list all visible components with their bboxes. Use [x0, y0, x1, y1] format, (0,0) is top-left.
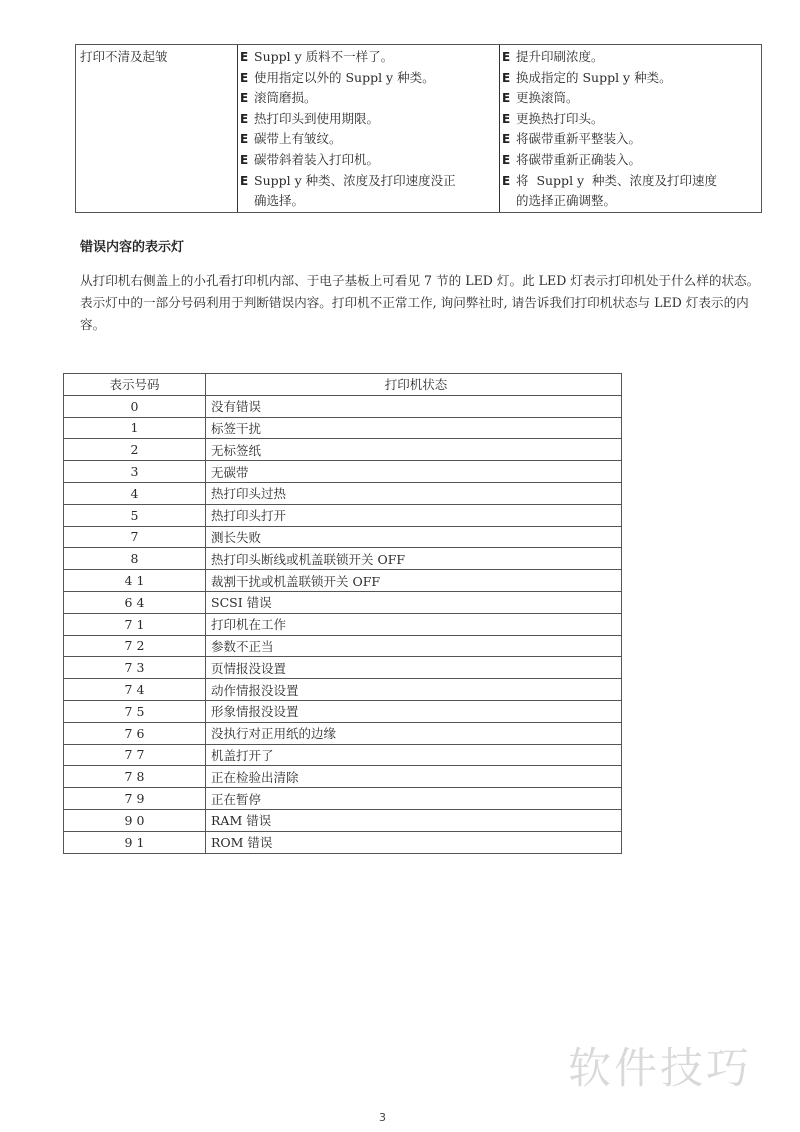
code-cell: 7 6 — [64, 722, 206, 744]
code-cell: 5 — [64, 504, 206, 526]
table-row: 7 8正在检验出清除 — [64, 766, 622, 788]
bullet-icon: E — [502, 129, 516, 150]
watermark: 软件技巧 — [568, 1035, 752, 1096]
causes-cell: ESuppl y 质料不一样了。 E使用指定以外的 Suppl y 种类。 E滚… — [238, 45, 500, 212]
cause-item: E碳带斜着装入打印机。 — [240, 150, 495, 171]
table-row: 5热打印头打开 — [64, 504, 622, 526]
code-cell: 4 1 — [64, 570, 206, 592]
code-cell: 7 8 — [64, 766, 206, 788]
status-cell: 机盖打开了 — [206, 744, 622, 766]
page-number: 3 — [379, 1111, 386, 1124]
status-cell: 没有错误 — [206, 395, 622, 417]
table-row: 7 6没执行对正用纸的边缘 — [64, 722, 622, 744]
table-body: 0没有错误1标签干扰2无标签纸3无碳带4热打印头过热5热打印头打开7测长失败8热… — [64, 395, 622, 853]
status-cell: 打印机在工作 — [206, 613, 622, 635]
symptom-cell: 打印不清及起皱 — [76, 45, 238, 212]
code-cell: 9 1 — [64, 831, 206, 853]
bullet-icon: E — [240, 47, 254, 68]
bullet-icon: E — [240, 109, 254, 130]
table-row: 7 7机盖打开了 — [64, 744, 622, 766]
bullet-icon: E — [502, 150, 516, 171]
remedy-item: E更换滚筒。 — [502, 88, 757, 109]
code-cell: 7 4 — [64, 679, 206, 701]
remedy-item: E将 Suppl y 种类、浓度及打印速度 — [502, 171, 757, 192]
table-row: 6 4SCSI 错误 — [64, 591, 622, 613]
status-cell: 热打印头断线或机盖联锁开关 OFF — [206, 548, 622, 570]
cause-item: E碳带上有皱纹。 — [240, 129, 495, 150]
table-row: 4热打印头过热 — [64, 482, 622, 504]
remedy-item: E将碳带重新平整装入。 — [502, 129, 757, 150]
section-paragraph: 从打印机右侧盖上的小孔看打印机内部、于电子基板上可看见 7 节的 LED 灯。此… — [80, 270, 770, 336]
header-status: 打印机状态 — [206, 374, 622, 396]
remedy-item: E更换热打印头。 — [502, 109, 757, 130]
cause-item-continuation: 确选择。 — [240, 191, 495, 212]
status-cell: 热打印头打开 — [206, 504, 622, 526]
bullet-icon: E — [502, 171, 516, 192]
status-cell: 热打印头过热 — [206, 482, 622, 504]
table-row: 9 1ROM 错误 — [64, 831, 622, 853]
table-row: 1标签干扰 — [64, 417, 622, 439]
code-cell: 7 7 — [64, 744, 206, 766]
code-cell: 1 — [64, 417, 206, 439]
status-cell: SCSI 错误 — [206, 591, 622, 613]
code-cell: 8 — [64, 548, 206, 570]
code-cell: 6 4 — [64, 591, 206, 613]
code-cell: 7 5 — [64, 700, 206, 722]
status-cell: 测长失败 — [206, 526, 622, 548]
table-row: 7 1打印机在工作 — [64, 613, 622, 635]
bullet-icon: E — [502, 68, 516, 89]
remedies-cell: E提升印刷浓度。 E换成指定的 Suppl y 种类。 E更换滚筒。 E更换热打… — [500, 45, 761, 212]
table-row: 4 1裁割干扰或机盖联锁开关 OFF — [64, 570, 622, 592]
table-row: 7 4动作情报没设置 — [64, 679, 622, 701]
cause-item: E热打印头到使用期限。 — [240, 109, 495, 130]
table-row: 7 3页情报没设置 — [64, 657, 622, 679]
bullet-icon: E — [240, 150, 254, 171]
table-row: 0没有错误 — [64, 395, 622, 417]
status-cell: 形象情报没设置 — [206, 700, 622, 722]
code-cell: 2 — [64, 439, 206, 461]
bullet-icon: E — [502, 109, 516, 130]
status-cell: 正在暂停 — [206, 788, 622, 810]
table-row: 8热打印头断线或机盖联锁开关 OFF — [64, 548, 622, 570]
code-cell: 4 — [64, 482, 206, 504]
table-header-row: 表示号码 打印机状态 — [64, 374, 622, 396]
code-cell: 7 2 — [64, 635, 206, 657]
code-cell: 0 — [64, 395, 206, 417]
table-row: 7测长失败 — [64, 526, 622, 548]
remedy-item: E换成指定的 Suppl y 种类。 — [502, 68, 757, 89]
bullet-icon: E — [240, 88, 254, 109]
status-cell: 裁割干扰或机盖联锁开关 OFF — [206, 570, 622, 592]
status-cell: 标签干扰 — [206, 417, 622, 439]
bullet-icon: E — [502, 88, 516, 109]
bullet-icon: E — [240, 129, 254, 150]
status-cell: 没执行对正用纸的边缘 — [206, 722, 622, 744]
table-row: 7 2参数不正当 — [64, 635, 622, 657]
cause-item: E使用指定以外的 Suppl y 种类。 — [240, 68, 495, 89]
status-cell: 无标签纸 — [206, 439, 622, 461]
table-row: 3无碳带 — [64, 461, 622, 483]
remedy-item-continuation: 的选择正确调整。 — [502, 191, 757, 212]
status-cell: RAM 错误 — [206, 809, 622, 831]
bullet-icon: E — [240, 68, 254, 89]
bullet-icon: E — [502, 47, 516, 68]
troubleshooting-table: 打印不清及起皱 ESuppl y 质料不一样了。 E使用指定以外的 Suppl … — [75, 44, 762, 213]
led-code-table: 表示号码 打印机状态 0没有错误1标签干扰2无标签纸3无碳带4热打印头过热5热打… — [63, 373, 622, 854]
table-row: 2无标签纸 — [64, 439, 622, 461]
status-cell: 动作情报没设置 — [206, 679, 622, 701]
symptom-text: 打印不清及起皱 — [80, 47, 233, 68]
code-cell: 7 — [64, 526, 206, 548]
header-code: 表示号码 — [64, 374, 206, 396]
section-heading: 错误内容的表示灯 — [80, 236, 184, 255]
remedy-item: E提升印刷浓度。 — [502, 47, 757, 68]
table-row: 7 5形象情报没设置 — [64, 700, 622, 722]
remedy-item: E将碳带重新正确装入。 — [502, 150, 757, 171]
status-cell: 参数不正当 — [206, 635, 622, 657]
cause-item: E滚筒磨损。 — [240, 88, 495, 109]
cause-item: ESuppl y 种类、浓度及打印速度没正 — [240, 171, 495, 192]
code-cell: 7 9 — [64, 788, 206, 810]
code-cell: 7 3 — [64, 657, 206, 679]
bullet-icon: E — [240, 171, 254, 192]
code-cell: 3 — [64, 461, 206, 483]
status-cell: ROM 错误 — [206, 831, 622, 853]
table-row: 7 9正在暂停 — [64, 788, 622, 810]
cause-item: ESuppl y 质料不一样了。 — [240, 47, 495, 68]
status-cell: 正在检验出清除 — [206, 766, 622, 788]
table-row: 9 0RAM 错误 — [64, 809, 622, 831]
code-cell: 9 0 — [64, 809, 206, 831]
status-cell: 无碳带 — [206, 461, 622, 483]
status-cell: 页情报没设置 — [206, 657, 622, 679]
code-cell: 7 1 — [64, 613, 206, 635]
